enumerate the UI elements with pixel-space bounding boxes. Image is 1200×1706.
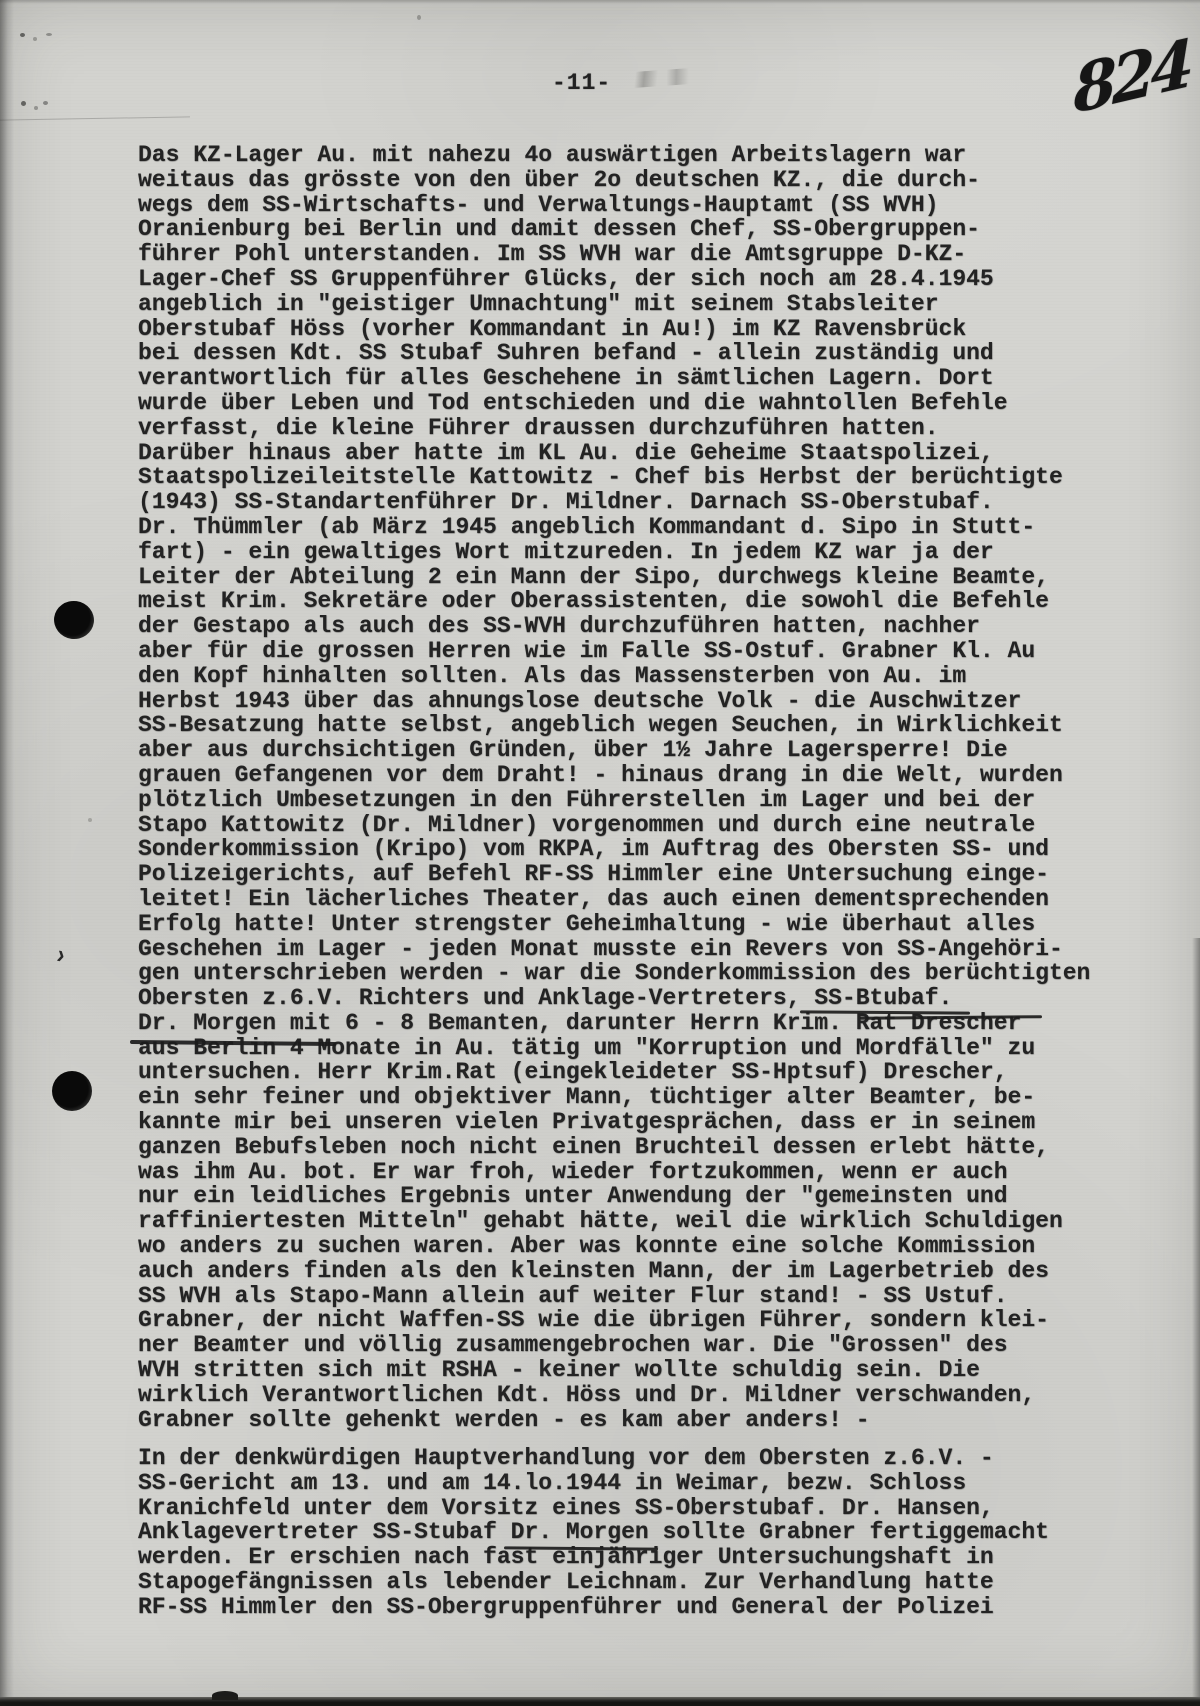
text-line: plötzlich Umbesetzungen in den Führerste…: [138, 788, 1148, 813]
text-line: weitaus das grösste von den über 2o deut…: [138, 168, 1148, 193]
text-line: Grabner sollte gehenkt werden - es kam a…: [138, 1408, 1148, 1433]
text-line: wirklich Verantwortlichen Kdt. Höss und …: [138, 1383, 1148, 1408]
dust-speck: [417, 15, 421, 20]
text-line: Staatspolizeileitstelle Kattowitz - Chef…: [138, 465, 1148, 490]
text-line: führer Pohl unterstanden. Im SS WVH war …: [138, 242, 1148, 267]
text-line: wo anders zu suchen waren. Aber was konn…: [138, 1234, 1148, 1259]
text-line: Geschehen im Lager - jeden Monat musste …: [138, 937, 1148, 962]
text-line: kannte mir bei unseren vielen Privatgesp…: [138, 1110, 1148, 1135]
text-line: Kranichfeld unter dem Vorsitz eines SS-O…: [138, 1496, 1148, 1521]
text-line: was ihm Au. bot. Er war froh, wieder for…: [138, 1160, 1148, 1185]
text-line: SS WVH als Stapo-Mann allein auf weiter …: [138, 1284, 1148, 1309]
scan-edge-right: [1192, 938, 1200, 1706]
text-line: Darüber hinaus aber hatte im KL Au. die …: [138, 441, 1148, 466]
text-line: verantwortlich für alles Geschehene in s…: [138, 366, 1148, 391]
text-line: raffiniertesten Mitteln" gehabt hätte, w…: [138, 1209, 1148, 1234]
text-line: den Kopf hinhalten sollten. Als das Mass…: [138, 664, 1148, 689]
text-line: ein sehr feiner und objektiver Mann, tüc…: [138, 1085, 1148, 1110]
dust-speck: [46, 33, 52, 36]
text-line: verfasst, die kleine Führer draussen dur…: [138, 416, 1148, 441]
scan-edge-bottom: [0, 1697, 1200, 1706]
text-line: ner Beamter und völlig zusammengebrochen…: [138, 1333, 1148, 1358]
text-line: untersuchen. Herr Krim.Rat (eingekleidet…: [138, 1060, 1148, 1085]
text-line: Anklagevertreter SS-Stubaf Dr. Morgen so…: [138, 1520, 1148, 1545]
text-line: Grabner, der nicht Waffen-SS wie die übr…: [138, 1308, 1148, 1333]
text-line: Das KZ-Lager Au. mit nahezu 4o auswärtig…: [138, 143, 1148, 168]
text-line: angeblich in "geistiger Umnachtung" mit …: [138, 292, 1148, 317]
scan-scratch: [0, 116, 190, 120]
dust-speck: [34, 106, 38, 110]
text-line: aus Berlin 4 Monate in Au. tätig um "Kor…: [138, 1036, 1148, 1061]
dust-speck: [21, 101, 26, 106]
text-line: leitet! Ein lächerliches Theater, das au…: [138, 887, 1148, 912]
margin-tick-mark: ›: [51, 940, 70, 972]
scan-edge-top: [0, 0, 1200, 4]
text-line: bei dessen Kdt. SS Stubaf Suhren befand …: [138, 341, 1148, 366]
punch-hole-top: [52, 598, 97, 641]
paragraph-2: In der denkwürdigen Hauptverhandlung vor…: [138, 1446, 1148, 1620]
text-line: meist Krim. Sekretäre oder Oberassistent…: [138, 589, 1148, 614]
text-line: (1943) SS-Standartenführer Dr. Mildner. …: [138, 490, 1148, 515]
text-line: Leiter der Abteilung 2 ein Mann der Sipo…: [138, 565, 1148, 590]
ink-smudge: [618, 67, 707, 89]
text-line: ganzen Bebufsleben noch nicht einen Bruc…: [138, 1135, 1148, 1160]
text-line: Herbst 1943 über das ahnungslose deutsch…: [138, 689, 1148, 714]
scan-edge-left: [0, 0, 14, 1706]
text-line: Lager-Chef SS Gruppenführer Glücks, der …: [138, 267, 1148, 292]
text-line: wurde über Leben und Tod entschieden und…: [138, 391, 1148, 416]
dust-speck: [20, 33, 25, 37]
punch-hole-bottom: [52, 1071, 92, 1111]
text-line: Dr. Thümmler (ab März 1945 angeblich Kom…: [138, 515, 1148, 540]
text-line: Sonderkommission (Kripo) vom RKPA, im Au…: [138, 837, 1148, 862]
text-line: gen unterschrieben werden - war die Sond…: [138, 961, 1148, 986]
text-line: Oberstubaf Höss (vorher Kommandant in Au…: [138, 317, 1148, 342]
dust-speck: [33, 37, 37, 41]
text-line: Polizeigerichts, auf Befehl RF-SS Himmle…: [138, 862, 1148, 887]
text-line: grauen Gefangenen vor dem Draht! - hinau…: [138, 763, 1148, 788]
page-number: -11-: [552, 70, 611, 96]
text-line: Stapogefängnissen als lebender Leichnam.…: [138, 1570, 1148, 1595]
text-line: Erfolg hatte! Unter strengster Geheimhal…: [138, 912, 1148, 937]
text-line: aber für die grossen Herren wie im Falle…: [138, 639, 1148, 664]
text-line: auch anders finden als den kleinsten Man…: [138, 1259, 1148, 1284]
text-line: Oranienburg bei Berlin und damit dessen …: [138, 217, 1148, 242]
text-line: SS-Gericht am 13. und am 14.lo.1944 in W…: [138, 1471, 1148, 1496]
dust-speck: [88, 818, 92, 822]
text-line: fart) - ein gewaltiges Wort mitzureden. …: [138, 540, 1148, 565]
dust-speck: [43, 101, 48, 105]
text-line: Obersten z.6.V. Richters und Anklage-Ver…: [138, 986, 1148, 1011]
paragraph-1: Das KZ-Lager Au. mit nahezu 4o auswärtig…: [138, 143, 1148, 1432]
text-line: In der denkwürdigen Hauptverhandlung vor…: [138, 1446, 1148, 1471]
text-line: SS-Besatzung hatte selbst, angeblich weg…: [138, 713, 1148, 738]
text-line: aber aus durchsichtigen Gründen, über 1½…: [138, 738, 1148, 763]
scan-edge-blob: [212, 1691, 238, 1700]
text-line: wegs dem SS-Wirtschafts- und Verwaltungs…: [138, 193, 1148, 218]
folio-number-handwritten: 824: [1073, 26, 1190, 129]
text-line: Stapo Kattowitz (Dr. Mildner) vorgenomme…: [138, 813, 1148, 838]
text-line: WVH stritten sich mit RSHA - keiner woll…: [138, 1358, 1148, 1383]
text-line: der Gestapo als auch des SS-WVH durchzuf…: [138, 614, 1148, 639]
scanned-page: -11- 824 › Das KZ-Lager Au. mit nahezu 4…: [0, 0, 1200, 1706]
text-line: nur ein leidliches Ergebnis unter Anwend…: [138, 1184, 1148, 1209]
text-line: RF-SS Himmler den SS-Obergruppenführer u…: [138, 1595, 1148, 1620]
